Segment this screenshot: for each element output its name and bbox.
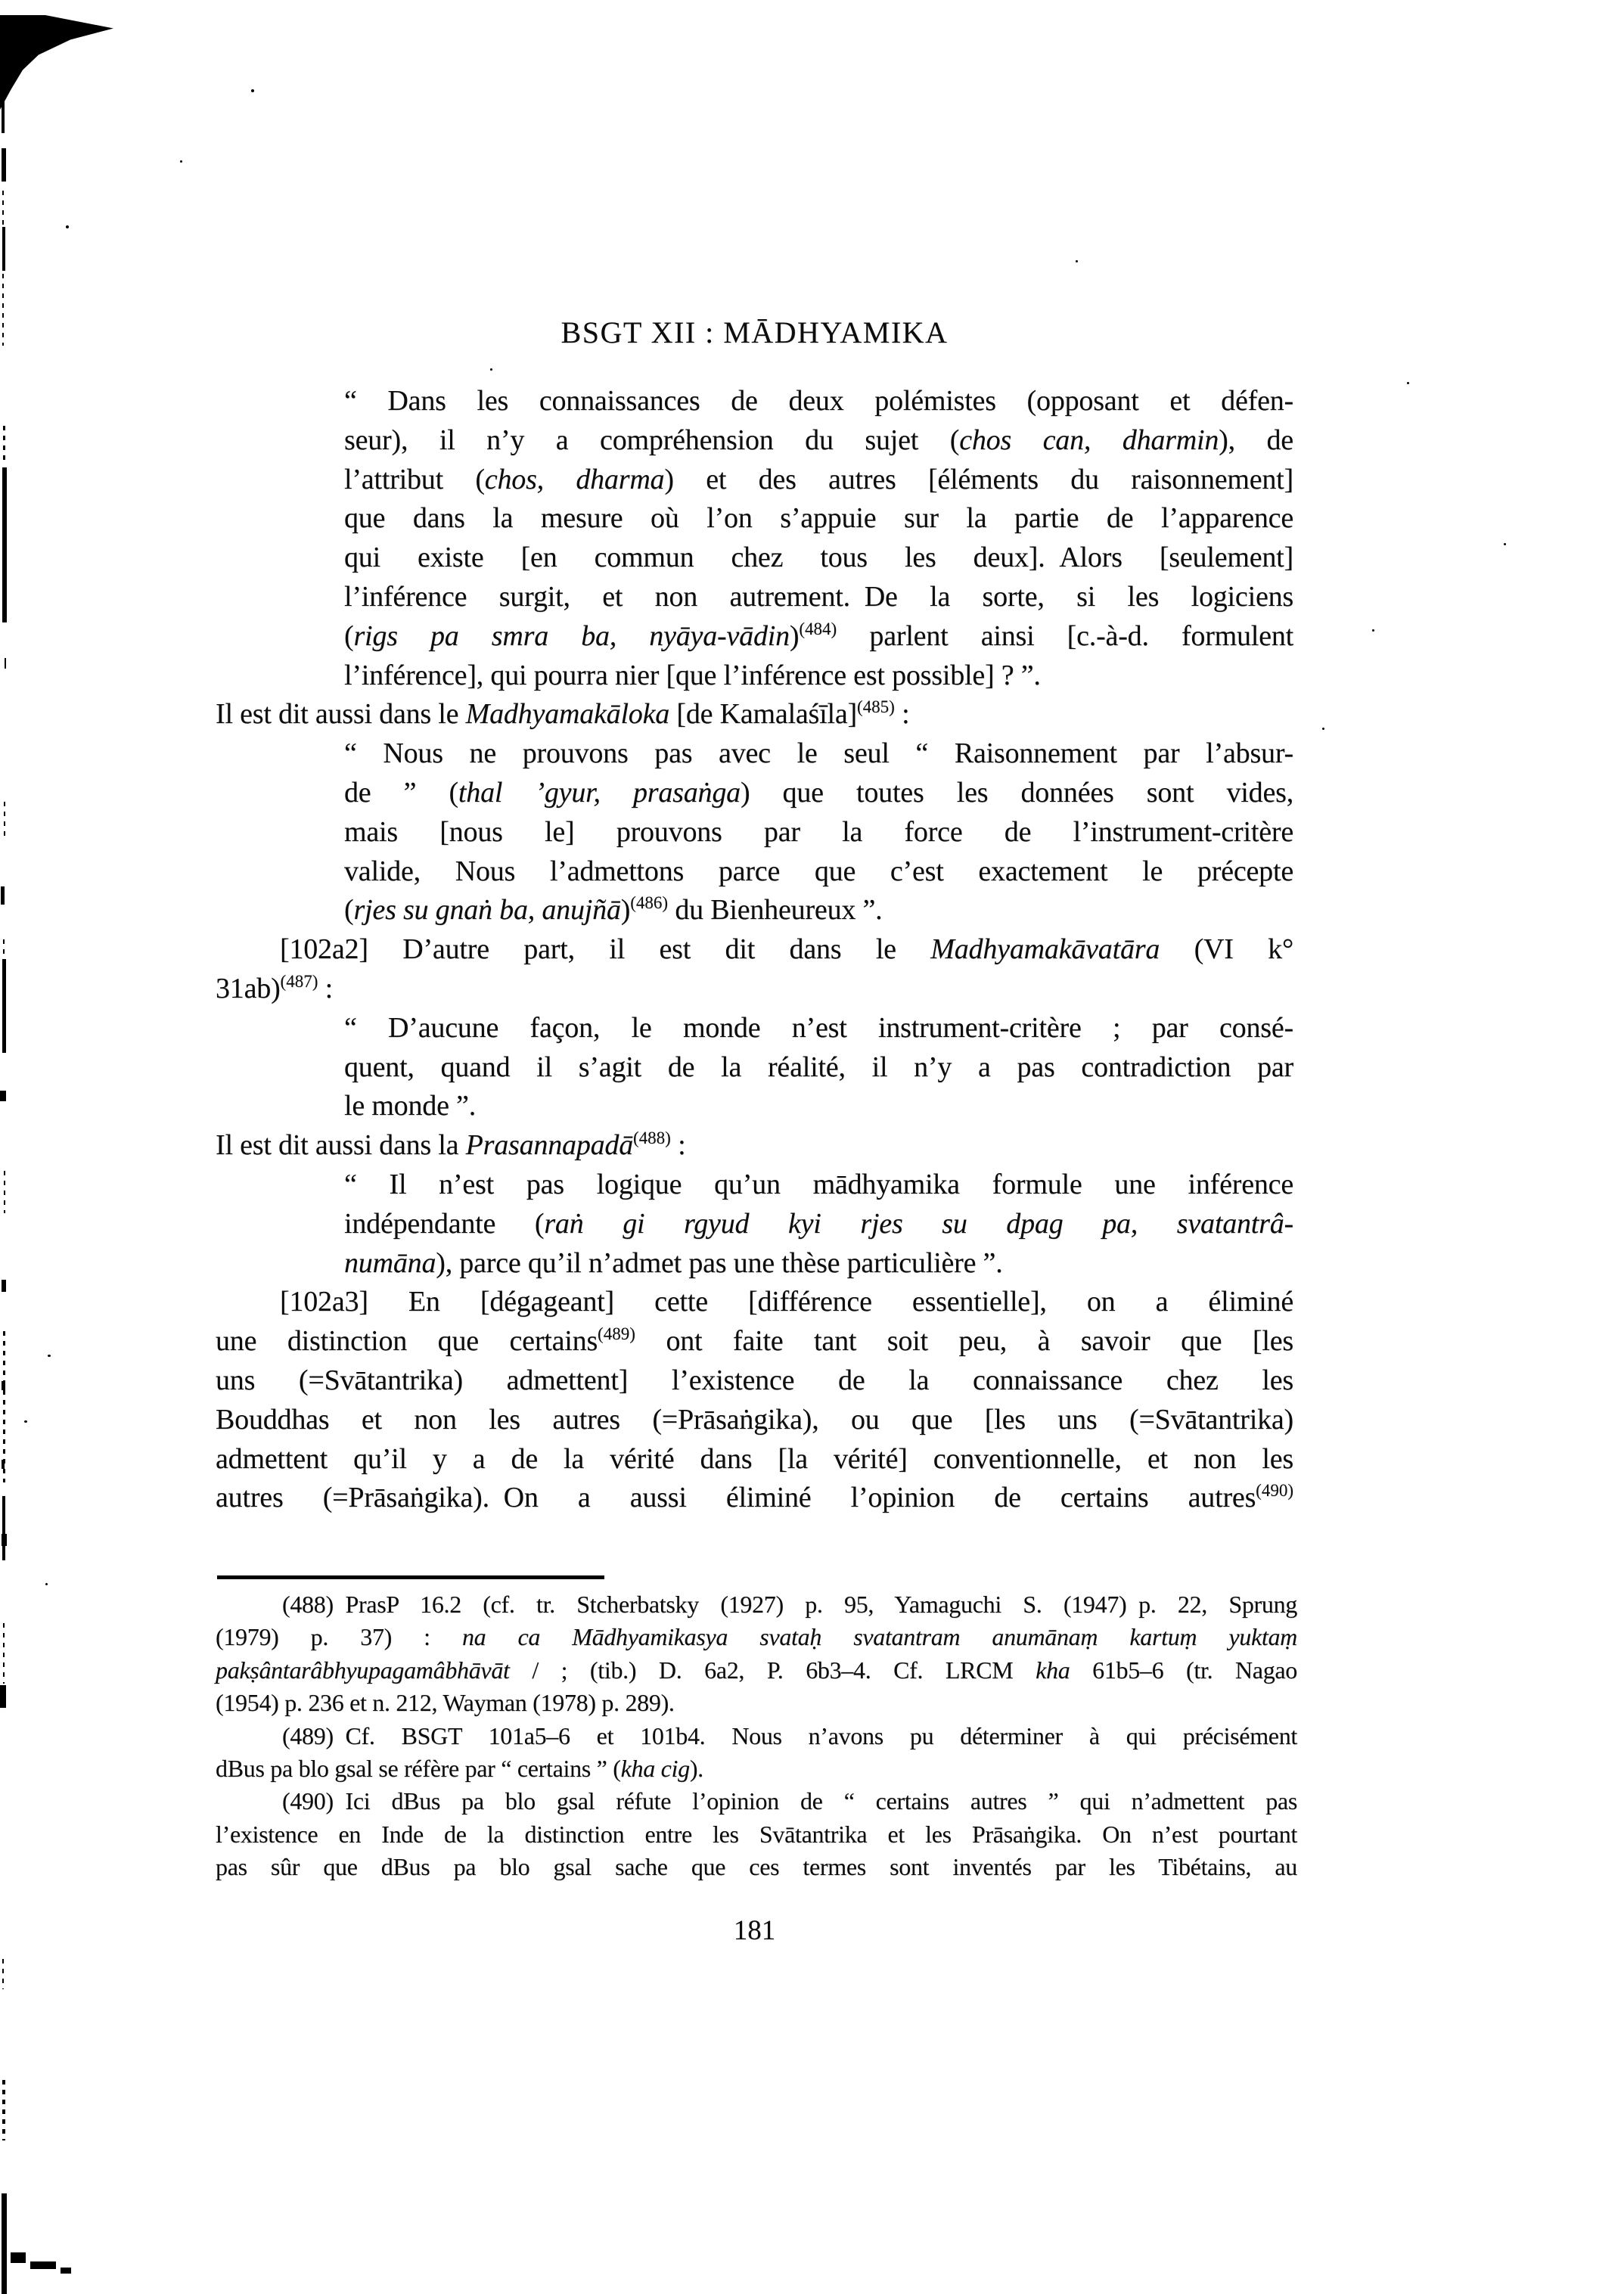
text-segment: mais [nous le] prouvons par la force de … <box>344 816 1293 848</box>
text-line: Bouddhas et non les autres (=Prāsaṅgika)… <box>216 1401 1293 1440</box>
footnote-reference: (487) <box>281 972 318 991</box>
text-line: (488) PrasP 16.2 (cf. tr. Stcherbatsky (… <box>216 1588 1297 1621</box>
scan-speck <box>490 368 492 371</box>
text-segment: que dans la mesure où l’on s’appuie sur … <box>344 502 1293 534</box>
footnotes: (488) PrasP 16.2 (cf. tr. Stcherbatsky (… <box>216 1588 1297 1884</box>
text-segment: “ Nous ne prouvons pas avec le seul “ Ra… <box>344 737 1293 769</box>
text-line: [102a3] En [dégageant] cette [différence… <box>216 1283 1293 1322</box>
text-segment: dBus pa blo gsal se réfère par “ certain… <box>216 1755 621 1782</box>
scan-speck <box>251 89 254 92</box>
text-segment: valide, Nous l’admettons parce que c’est… <box>344 855 1293 887</box>
text-segment: “ D’aucune façon, le monde n’est instrum… <box>344 1012 1293 1044</box>
scan-speck <box>1407 382 1409 384</box>
text-line: seur), il n’y a compréhension du sujet (… <box>216 421 1293 461</box>
scan-mark <box>1 886 5 905</box>
scan-mark <box>3 1623 5 1684</box>
text-segment: ) <box>621 894 630 926</box>
text-segment: pakṣântarâbhyupagamâbhāvāt <box>216 1656 510 1684</box>
scanned-book-page: BSGT XII : MĀDHYAMIKA “ Dans les connais… <box>0 0 1624 2294</box>
text-line: autres (=Prāsaṅgika). On a aussi éliminé… <box>216 1479 1293 1518</box>
text-segment: Madhyamakāvatāra <box>930 933 1160 965</box>
scan-crumb <box>61 2268 71 2274</box>
text-line: dBus pa blo gsal se réfère par “ certain… <box>216 1752 1297 1785</box>
text-segment: ) et des autres [éléments du raisonnemen… <box>664 464 1293 495</box>
scan-mark <box>2 1460 5 1469</box>
text-segment: le monde ”. <box>344 1090 476 1122</box>
text-segment: autres (=Prāsaṅgika). On a aussi éliminé… <box>216 1482 1256 1513</box>
scan-mark <box>2 148 6 182</box>
scan-speck <box>24 1420 27 1423</box>
text-segment: 31ab) <box>216 973 281 1004</box>
text-segment: [102a2] D’autre part, il est dit dans le <box>280 933 930 965</box>
scan-speck <box>83 30 86 33</box>
scan-crumb <box>11 2252 26 2263</box>
text-segment: indépendante ( <box>344 1208 544 1240</box>
text-line: “ Dans les connaissances de deux polémis… <box>216 382 1293 421</box>
text-line: (1954) p. 236 et n. 212, Wayman (1978) p… <box>216 1687 1297 1719</box>
text-line: pakṣântarâbhyupagamâbhāvāt / ; (tib.) D.… <box>216 1654 1297 1687</box>
scan-speck <box>1504 543 1506 545</box>
text-segment: (1954) p. 236 et n. 212, Wayman (1978) p… <box>216 1689 675 1716</box>
text-segment: ( <box>344 894 353 926</box>
text-segment: / ; (tib.) D. 6a2, P. 6b3–4. Cf. LRCM <box>510 1656 1036 1684</box>
footnote-reference: (489) <box>598 1324 635 1343</box>
text-line: pas sûr que dBus pa blo gsal sache que c… <box>216 1851 1297 1883</box>
text-segment: raṅ gi rgyud kyi rjes su dpag pa, svatan… <box>544 1208 1293 1240</box>
scan-mark <box>2 959 6 1053</box>
text-segment: chos, dharma <box>485 464 665 495</box>
text-segment: kha cig <box>621 1755 690 1782</box>
text-line: l’inférence], qui pourra nier [que l’inf… <box>216 657 1293 696</box>
text-segment: Il est dit aussi dans la <box>216 1129 466 1161</box>
text-line: (rjes su gnaṅ ba, anujñā)(486) du Bienhe… <box>216 891 1293 930</box>
text-line: (490) Ici dBus pa blo gsal réfute l’opin… <box>216 1785 1297 1818</box>
scan-mark <box>2 1496 5 1560</box>
scan-mark <box>2 1959 4 1989</box>
scan-mark <box>5 658 6 669</box>
body-text: “ Dans les connaissances de deux polémis… <box>216 382 1293 1518</box>
scan-mark <box>2 1280 6 1292</box>
text-segment: : <box>318 973 333 1004</box>
footnote-reference: (486) <box>630 893 668 912</box>
text-line: 31ab)(487) : <box>216 970 1293 1009</box>
text-segment: ), parce qu’il n’admet pas une thèse par… <box>436 1247 1002 1279</box>
text-line: (rigs pa smra ba, nyāya-vādin)(484) parl… <box>216 617 1293 657</box>
text-line: Il est dit aussi dans la Prasannapadā(48… <box>216 1126 1293 1166</box>
text-segment: ont faite tant soit peu, à savoir que [l… <box>635 1325 1293 1357</box>
scan-speck <box>1076 260 1078 262</box>
scan-mark <box>2 2080 5 2140</box>
text-segment: uns (=Svātantrika) admettent] l’existenc… <box>216 1364 1293 1396</box>
text-segment: : <box>895 698 910 730</box>
scan-mark <box>0 1685 6 1708</box>
scan-mark <box>2 1381 5 1390</box>
text-line: l’existence en Inde de la distinction en… <box>216 1818 1297 1851</box>
text-segment: (489) Cf. BSGT 101a5–6 et 101b4. Nous n’… <box>282 1722 1297 1749</box>
text-segment: Madhyamakāloka <box>466 698 669 730</box>
text-line: admettent qu’il y a de la vérité dans [l… <box>216 1440 1293 1479</box>
text-segment: ( <box>344 620 353 652</box>
text-segment: ). <box>690 1755 703 1782</box>
text-segment: (1979) p. 37) : <box>216 1623 462 1650</box>
page-number: 181 <box>216 1914 1293 1947</box>
text-segment: ) que toutes les données sont vides, <box>741 777 1293 809</box>
text-segment: l’attribut ( <box>344 464 485 495</box>
scan-mark <box>2 467 7 622</box>
text-line: (489) Cf. BSGT 101a5–6 et 101b4. Nous n’… <box>216 1720 1297 1752</box>
scan-speck <box>1372 629 1374 632</box>
text-segment: : <box>671 1129 686 1161</box>
text-segment: rigs pa smra ba, nyāya-vādin <box>353 620 789 652</box>
footnote-reference: (488) <box>633 1128 671 1147</box>
text-segment: ), de <box>1219 424 1293 456</box>
text-line: uns (=Svātantrika) admettent] l’existenc… <box>216 1361 1293 1401</box>
footnote-reference: (490) <box>1256 1481 1293 1500</box>
text-segment: Bouddhas et non les autres (=Prāsaṅgika)… <box>216 1404 1293 1436</box>
text-segment: “ Il n’est pas logique qu’un mādhyamika … <box>344 1169 1293 1200</box>
text-segment: (488) PrasP 16.2 (cf. tr. Stcherbatsky (… <box>282 1591 1297 1618</box>
footnote-reference: (484) <box>799 619 837 638</box>
text-segment: admettent qu’il y a de la vérité dans [l… <box>216 1443 1293 1475</box>
text-line: “ Nous ne prouvons pas avec le seul “ Ra… <box>216 734 1293 774</box>
text-line: numāna), parce qu’il n’admet pas une thè… <box>216 1244 1293 1284</box>
text-line: l’inférence surgit, et non autrement. De… <box>216 578 1293 617</box>
text-line: valide, Nous l’admettons parce que c’est… <box>216 852 1293 892</box>
text-segment: l’existence en Inde de la distinction en… <box>216 1821 1297 1848</box>
scan-speck <box>45 1583 48 1585</box>
scan-speck <box>1322 728 1324 730</box>
text-line: le monde ”. <box>216 1087 1293 1126</box>
text-segment: na ca Mādhyamikasya svataḥ svatantram an… <box>462 1623 1297 1650</box>
scan-mark <box>3 426 5 462</box>
text-segment: numāna <box>344 1247 436 1279</box>
text-segment: du Bienheureux ”. <box>668 894 882 926</box>
text-segment: seur), il n’y a compréhension du sujet ( <box>344 424 959 456</box>
text-segment: quent, quand il s’agit de la réalité, il… <box>344 1051 1293 1083</box>
scan-crumb <box>30 2261 56 2269</box>
scan-mark <box>2 27 5 133</box>
text-segment: Il est dit aussi dans le <box>216 698 466 730</box>
scan-speck <box>180 160 182 163</box>
text-segment: qui existe [en commun chez tous les deux… <box>344 542 1293 573</box>
text-line: quent, quand il s’agit de la réalité, il… <box>216 1048 1293 1088</box>
text-segment: Prasannapadā <box>466 1129 633 1161</box>
scan-mark <box>2 2193 7 2294</box>
text-line: que dans la mesure où l’on s’appuie sur … <box>216 499 1293 539</box>
text-segment: thal ’gyur, prasaṅga <box>458 777 741 809</box>
text-line: “ D’aucune façon, le monde n’est instrum… <box>216 1009 1293 1048</box>
text-segment: ) <box>790 620 799 652</box>
text-segment: [de Kamalaśīla] <box>669 698 857 730</box>
text-segment: l’inférence], qui pourra nier [que l’inf… <box>344 660 1041 691</box>
running-header: BSGT XII : MĀDHYAMIKA <box>216 315 1293 350</box>
text-segment: rjes su gnaṅ ba, anujñā <box>353 894 620 926</box>
text-segment: pas sûr que dBus pa blo gsal sache que c… <box>216 1853 1297 1880</box>
text-line: de ” (thal ’gyur, prasaṅga) que toutes l… <box>216 774 1293 813</box>
text-segment: l’inférence surgit, et non autrement. De… <box>344 581 1293 613</box>
scan-mark <box>0 1091 6 1101</box>
text-line: une distinction que certains(489) ont fa… <box>216 1322 1293 1361</box>
text-line: mais [nous le] prouvons par la force de … <box>216 813 1293 852</box>
text-line: (1979) p. 37) : na ca Mādhyamikasya svat… <box>216 1621 1297 1653</box>
text-segment: [102a3] En [dégageant] cette [différence… <box>280 1286 1293 1318</box>
scan-speck <box>66 225 69 228</box>
scan-mark <box>4 1171 5 1213</box>
text-segment: parlent ainsi [c.-à-d. formulent <box>837 620 1293 652</box>
scan-mark <box>3 939 5 959</box>
text-segment: de ” ( <box>344 777 458 809</box>
footnote-reference: (485) <box>857 697 895 716</box>
scan-mark <box>2 227 5 271</box>
scan-smudge <box>0 15 113 110</box>
text-line: indépendante (raṅ gi rgyud kyi rjes su d… <box>216 1205 1293 1244</box>
text-segment: (490) Ici dBus pa blo gsal réfute l’opin… <box>282 1787 1297 1814</box>
scan-mark <box>4 802 5 837</box>
text-segment: une distinction que certains <box>216 1325 598 1357</box>
scan-speck <box>48 1355 51 1357</box>
text-segment: (VI k° <box>1160 933 1293 965</box>
text-line: qui existe [en commun chez tous les deux… <box>216 539 1293 578</box>
text-line: Il est dit aussi dans le Madhyamakāloka … <box>216 695 1293 734</box>
footnote-rule <box>217 1575 604 1579</box>
scan-mark <box>2 274 4 346</box>
text-line: [102a2] D’autre part, il est dit dans le… <box>216 930 1293 970</box>
text-segment: 61b5–6 (tr. Nagao <box>1070 1656 1297 1684</box>
text-segment: chos can, dharmin <box>959 424 1219 456</box>
text-segment: “ Dans les connaissances de deux polémis… <box>344 385 1293 417</box>
text-line: “ Il n’est pas logique qu’un mādhyamika … <box>216 1166 1293 1205</box>
text-line: l’attribut (chos, dharma) et des autres … <box>216 461 1293 500</box>
text-segment: kha <box>1036 1656 1070 1684</box>
scan-mark <box>2 1534 7 1546</box>
